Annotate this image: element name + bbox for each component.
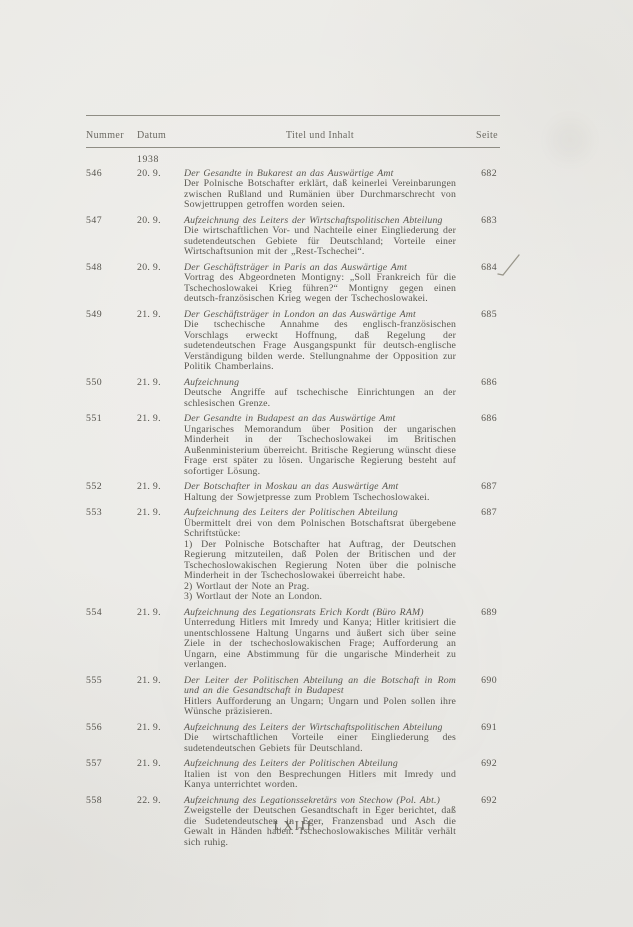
entry-main: Aufzeichnung des Legationsrats Erich Kor…: [184, 608, 456, 671]
entry-title: Aufzeichnung des Leiters der Politischen…: [184, 758, 398, 769]
toc-entry: 547 20. 9. Aufzeichnung des Leiters der …: [86, 216, 500, 258]
entry-page-number: 684: [456, 263, 500, 305]
entry-date: 21. 9.: [137, 482, 184, 503]
entry-number: 553: [86, 508, 137, 603]
paper-background: Nummer Datum Titel und Inhalt Seite 1938…: [0, 0, 633, 927]
entry-summary-paragraph: Übermittelt drei von dem Polnischen Bots…: [184, 519, 456, 540]
entry-summary-paragraph: Der Polnische Botschafter erklärt, daß k…: [184, 179, 456, 211]
entry-number: 546: [86, 169, 137, 211]
year-label: 1938: [137, 155, 500, 166]
entry-summary: Haltung der Sowjetpresse zum Problem Tsc…: [184, 493, 456, 504]
entry-date: 20. 9.: [137, 169, 184, 211]
entry-title: Aufzeichnung des Leiters der Wirtschafts…: [184, 722, 443, 733]
entry-page-number: 686: [456, 378, 500, 410]
toc-entry: 549 21. 9. Der Geschäftsträger in London…: [86, 310, 500, 373]
entry-date: 21. 9.: [137, 508, 184, 603]
entry-number: 550: [86, 378, 137, 410]
entry-title: Der Leiter der Politischen Abteilung an …: [184, 675, 456, 697]
entry-summary-paragraph: Hitlers Aufforderung an Ungarn; Ungarn u…: [184, 697, 456, 718]
entry-page-number: 686: [456, 414, 500, 477]
entry-page-number: 692: [456, 759, 500, 791]
entry-summary-paragraph: Die tschechische Annahme des englisch-fr…: [184, 320, 456, 373]
toc-entry: 555 21. 9. Der Leiter der Politischen Ab…: [86, 676, 500, 718]
entry-title: Aufzeichnung des Legationsrats Erich Kor…: [184, 607, 424, 618]
entry-summary: Italien ist von den Besprechungen Hitler…: [184, 770, 456, 791]
entry-date: 21. 9.: [137, 414, 184, 477]
entry-title: Aufzeichnung des Leiters der Wirtschafts…: [184, 215, 443, 226]
toc-entry: 550 21. 9. Aufzeichnung Deutsche Angriff…: [86, 378, 500, 410]
entry-summary-paragraph: Italien ist von den Besprechungen Hitler…: [184, 770, 456, 791]
entry-summary-paragraph: Ungarisches Memorandum über Position der…: [184, 425, 456, 478]
entry-title: Der Geschäftsträger in Paris an das Ausw…: [184, 262, 407, 273]
entry-page-number: 682: [456, 169, 500, 211]
header-col-nummer: Nummer: [86, 130, 137, 141]
entry-summary-paragraph: Die wirtschaftlichen Vorteile einer Eing…: [184, 733, 456, 754]
entry-main: Der Leiter der Politischen Abteilung an …: [184, 676, 456, 718]
entry-summary: Die wirtschaftlichen Vorteile einer Eing…: [184, 733, 456, 754]
toc-entry: 557 21. 9. Aufzeichnung des Leiters der …: [86, 759, 500, 791]
entry-summary-paragraph: 3) Wortlaut der Note an London.: [184, 592, 456, 603]
entry-number: 548: [86, 263, 137, 305]
entry-title: Aufzeichnung des Legationssekretärs von …: [184, 795, 440, 806]
entry-number: 551: [86, 414, 137, 477]
handwritten-check-mark: [495, 253, 521, 277]
entry-number: 547: [86, 216, 137, 258]
entry-page-number: 687: [456, 482, 500, 503]
entry-main: Aufzeichnung des Leiters der Wirtschafts…: [184, 216, 456, 258]
entry-main: Aufzeichnung des Leiters der Politischen…: [184, 759, 456, 791]
entry-main: Aufzeichnung Deutsche Angriffe auf tsche…: [184, 378, 456, 410]
toc-entries-section: 1938 546 20. 9. Der Gesandte in Bukarest…: [86, 149, 500, 853]
header-col-datum: Datum: [137, 130, 184, 141]
entry-summary: Der Polnische Botschafter erklärt, daß k…: [184, 179, 456, 211]
toc-entry: 554 21. 9. Aufzeichnung des Legationsrat…: [86, 608, 500, 671]
entry-title: Der Gesandte in Bukarest an das Auswärti…: [184, 168, 394, 179]
toc-entry: 556 21. 9. Aufzeichnung des Leiters der …: [86, 723, 500, 755]
entry-main: Der Gesandte in Budapest an das Auswärti…: [184, 414, 456, 477]
entry-date: 21. 9.: [137, 676, 184, 718]
entry-title: Der Geschäftsträger in London an das Aus…: [184, 309, 416, 320]
entry-summary: Die tschechische Annahme des englisch-fr…: [184, 320, 456, 373]
entry-title: Aufzeichnung des Leiters der Politischen…: [184, 507, 398, 518]
entry-summary: Ungarisches Memorandum über Position der…: [184, 425, 456, 478]
entry-date: 21. 9.: [137, 608, 184, 671]
entry-summary: Vortrag des Abgeordneten Montigny: „Soll…: [184, 273, 456, 305]
entry-main: Der Geschäftsträger in London an das Aus…: [184, 310, 456, 373]
toc-table-header: Nummer Datum Titel und Inhalt Seite: [86, 115, 500, 148]
entry-date: 21. 9.: [137, 759, 184, 791]
entry-number: 555: [86, 676, 137, 718]
entry-page-number: 687: [456, 508, 500, 603]
entry-main: Der Gesandte in Bukarest an das Auswärti…: [184, 169, 456, 211]
entry-summary: Übermittelt drei von dem Polnischen Bots…: [184, 519, 456, 603]
scan-smudge: [540, 110, 600, 170]
entry-date: 20. 9.: [137, 263, 184, 305]
entry-page-number: 683: [456, 216, 500, 258]
entry-title: Der Botschafter in Moskau an das Auswärt…: [184, 481, 398, 492]
toc-entry: 553 21. 9. Aufzeichnung des Leiters der …: [86, 508, 500, 603]
scanned-page: { "document": { "header": { "nummer": "N…: [0, 0, 633, 927]
entry-page-number: 685: [456, 310, 500, 373]
entries-list: 546 20. 9. Der Gesandte in Bukarest an d…: [86, 169, 500, 849]
entry-date: 21. 9.: [137, 723, 184, 755]
entry-summary: Die wirtschaftlichen Vor- und Nachteile …: [184, 226, 456, 258]
entry-main: Der Botschafter in Moskau an das Auswärt…: [184, 482, 456, 503]
entry-date: 20. 9.: [137, 216, 184, 258]
entry-date: 21. 9.: [137, 310, 184, 373]
page-folio-number: LXIII: [86, 818, 500, 834]
entry-page-number: 691: [456, 723, 500, 755]
entry-title: Der Gesandte in Budapest an das Auswärti…: [184, 413, 396, 424]
entry-date: 21. 9.: [137, 378, 184, 410]
entry-main: Der Geschäftsträger in Paris an das Ausw…: [184, 263, 456, 305]
entry-summary: Deutsche Angriffe auf tschechische Einri…: [184, 388, 456, 409]
entry-main: Aufzeichnung des Leiters der Politischen…: [184, 508, 456, 603]
entry-number: 552: [86, 482, 137, 503]
entry-page-number: 689: [456, 608, 500, 671]
entry-number: 554: [86, 608, 137, 671]
entry-summary-paragraph: Die wirtschaftlichen Vor- und Nachteile …: [184, 226, 456, 258]
toc-entry: 546 20. 9. Der Gesandte in Bukarest an d…: [86, 169, 500, 211]
entry-summary-paragraph: Vortrag des Abgeordneten Montigny: „Soll…: [184, 273, 456, 305]
entry-summary-paragraph: Haltung der Sowjetpresse zum Problem Tsc…: [184, 493, 456, 504]
entry-title: Aufzeichnung: [184, 377, 239, 388]
entry-summary: Unterredung Hitlers mit Imredy und Kanya…: [184, 618, 456, 671]
entry-summary: Hitlers Aufforderung an Ungarn; Ungarn u…: [184, 697, 456, 718]
entry-summary-paragraph: Deutsche Angriffe auf tschechische Einri…: [184, 388, 456, 409]
entry-summary-paragraph: 1) Der Polnische Botschafter hat Auftrag…: [184, 540, 456, 582]
entry-number: 557: [86, 759, 137, 791]
toc-entry: 548 20. 9. Der Geschäftsträger in Paris …: [86, 263, 500, 305]
entry-number: 549: [86, 310, 137, 373]
header-col-seite: Seite: [456, 130, 500, 141]
entry-number: 556: [86, 723, 137, 755]
entry-summary-paragraph: Unterredung Hitlers mit Imredy und Kanya…: [184, 618, 456, 671]
header-col-titel-und-inhalt: Titel und Inhalt: [184, 130, 456, 141]
toc-entry: 552 21. 9. Der Botschafter in Moskau an …: [86, 482, 500, 503]
toc-entry: 551 21. 9. Der Gesandte in Budapest an d…: [86, 414, 500, 477]
entry-page-number: 690: [456, 676, 500, 718]
entry-main: Aufzeichnung des Leiters der Wirtschafts…: [184, 723, 456, 755]
